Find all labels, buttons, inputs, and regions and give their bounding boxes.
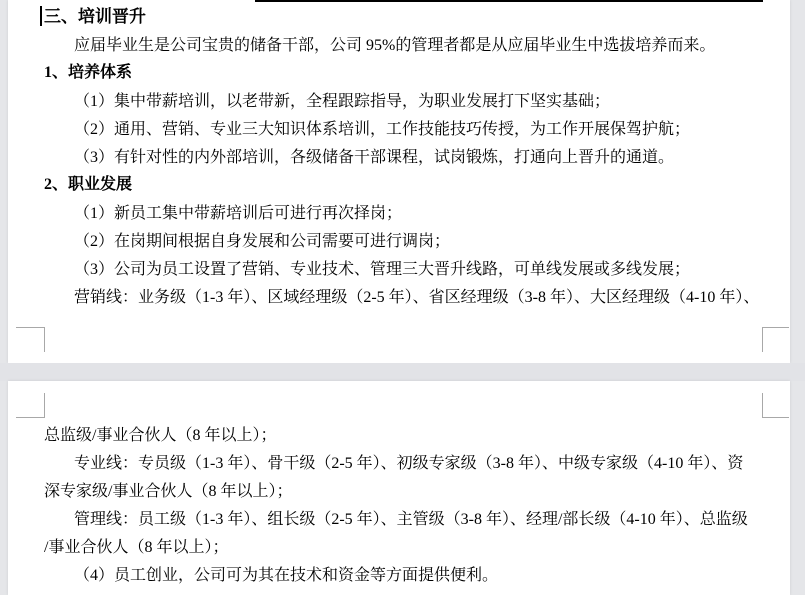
- text-cursor: [40, 6, 42, 26]
- text-line[interactable]: 深专家级/事业合伙人（8 年以上）；: [44, 481, 770, 505]
- table-bottom-border-remnant: [255, 0, 763, 2]
- text-line[interactable]: /事业合伙人（8 年以上）；: [44, 537, 770, 561]
- margin-crop-mark-top-left: [16, 393, 45, 418]
- text-line[interactable]: （3）有针对性的内外部培训，各级储备干部课程，试岗锻炼，打通向上晋升的通道。: [74, 147, 770, 171]
- text-line[interactable]: （1）新员工集中带薪培训后可进行再次择岗；: [74, 203, 770, 227]
- text-line[interactable]: （3）公司为员工设置了营销、专业技术、管理三大晋升线路，可单线发展或多线发展；: [74, 259, 770, 283]
- text-line[interactable]: （2）通用、营销、专业三大知识体系培训，工作技能技巧传授，为工作开展保驾护航；: [74, 119, 770, 143]
- text-line[interactable]: 总监级/事业合伙人（8 年以上）；: [44, 425, 770, 449]
- text-line[interactable]: 三、培训晋升: [44, 6, 770, 30]
- text-line[interactable]: 1、培养体系: [44, 62, 770, 86]
- margin-crop-mark-top-right: [762, 393, 789, 418]
- margin-crop-mark-bottom-left: [16, 327, 45, 352]
- document-canvas: { "app": { "background_color": "#e5e6e9"…: [0, 0, 805, 595]
- text-line[interactable]: 专业线：专员级（1-3 年）、骨干级（2-5 年）、初级专家级（3-8 年）、中…: [74, 453, 770, 477]
- text-line[interactable]: （4）员工创业，公司可为其在技术和资金等方面提供便利。: [74, 565, 770, 589]
- text-line[interactable]: （2）在岗期间根据自身发展和公司需要可进行调岗；: [74, 231, 770, 255]
- page-1[interactable]: 三、培训晋升应届毕业生是公司宝贵的储备干部，公司 95%的管理者都是从应届毕业生…: [8, 0, 790, 363]
- text-line[interactable]: 应届毕业生是公司宝贵的储备干部，公司 95%的管理者都是从应届毕业生中选拔培养而…: [74, 35, 770, 59]
- page-gap: [0, 363, 805, 381]
- page-2[interactable]: 总监级/事业合伙人（8 年以上）；专业线：专员级（1-3 年）、骨干级（2-5 …: [8, 381, 790, 595]
- margin-crop-mark-bottom-right: [762, 327, 789, 352]
- text-line[interactable]: 管理线：员工级（1-3 年）、组长级（2-5 年）、主管级（3-8 年）、经理/…: [74, 509, 770, 533]
- text-line[interactable]: （1）集中带薪培训，以老带新，全程跟踪指导，为职业发展打下坚实基础；: [74, 91, 770, 115]
- text-line[interactable]: 营销线：业务级（1-3 年）、区域经理级（2-5 年）、省区经理级（3-8 年）…: [74, 287, 770, 311]
- text-line[interactable]: 2、职业发展: [44, 174, 770, 198]
